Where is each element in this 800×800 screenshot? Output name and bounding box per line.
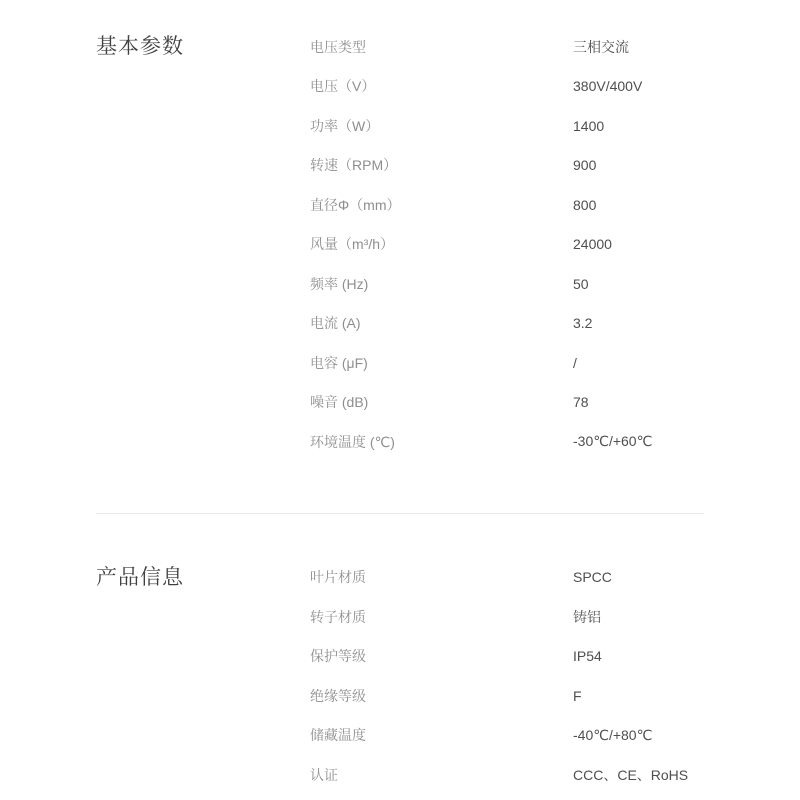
spec-rows-basic: 电压类型 三相交流 电压（V） 380V/400V 功率（W） 1400 转速（… <box>310 27 704 462</box>
spec-value: -30℃/+60℃ <box>573 433 652 450</box>
spec-value: F <box>573 688 582 704</box>
spec-row-insulation-class: 绝缘等级 F <box>310 676 704 716</box>
spec-row-noise: 噪音 (dB) 78 <box>310 383 704 423</box>
spec-value: 1400 <box>573 118 604 134</box>
section-title-product-info: 产品信息 <box>96 558 310 598</box>
spec-rows-product: 叶片材质 SPCC 转子材质 铸铝 保护等级 IP54 绝缘等级 F 储藏温度 … <box>310 558 704 795</box>
section-basic-params: 基本参数 电压类型 三相交流 电压（V） 380V/400V 功率（W） 140… <box>96 27 704 462</box>
spec-row-frequency: 频率 (Hz) 50 <box>310 264 704 304</box>
spec-value: / <box>573 355 577 371</box>
spec-label: 环境温度 (℃) <box>310 432 573 452</box>
spec-label: 噪音 (dB) <box>310 392 573 412</box>
spec-row-storage-temp: 储藏温度 -40℃/+80℃ <box>310 716 704 756</box>
spec-row-airflow: 风量（m³/h） 24000 <box>310 225 704 265</box>
spec-label: 功率（W） <box>310 116 573 136</box>
spec-row-ambient-temp: 环境温度 (℃) -30℃/+60℃ <box>310 422 704 462</box>
spec-label: 储藏温度 <box>310 725 573 745</box>
spec-row-rotor-material: 转子材质 铸铝 <box>310 597 704 637</box>
section-title-basic-params: 基本参数 <box>96 27 310 67</box>
spec-value: SPCC <box>573 569 612 585</box>
spec-value: 3.2 <box>573 315 592 331</box>
spec-value: 铸铝 <box>573 607 601 627</box>
spec-row-capacitance: 电容 (μF) / <box>310 343 704 383</box>
spec-row-blade-material: 叶片材质 SPCC <box>310 558 704 598</box>
spec-value: 900 <box>573 157 596 173</box>
spec-row-voltage: 电压（V） 380V/400V <box>310 67 704 107</box>
spec-label: 叶片材质 <box>310 567 573 587</box>
spec-value: CCC、CE、RoHS <box>573 765 688 785</box>
spec-value: -40℃/+80℃ <box>573 727 652 744</box>
spec-value: 三相交流 <box>573 37 629 57</box>
spec-label: 电容 (μF) <box>310 353 573 373</box>
spec-label: 直径Φ（mm） <box>310 195 573 215</box>
spec-row-rpm: 转速（RPM） 900 <box>310 146 704 186</box>
spec-row-certification: 认证 CCC、CE、RoHS <box>310 755 704 795</box>
spec-label: 电压（V） <box>310 76 573 96</box>
spec-value: 78 <box>573 394 589 410</box>
spec-value: 24000 <box>573 236 612 252</box>
spec-label: 保护等级 <box>310 646 573 666</box>
spec-value: 50 <box>573 276 589 292</box>
spec-row-diameter: 直径Φ（mm） 800 <box>310 185 704 225</box>
spec-label: 认证 <box>310 765 573 785</box>
spec-label: 电压类型 <box>310 37 573 57</box>
spec-row-voltage-type: 电压类型 三相交流 <box>310 27 704 67</box>
spec-label: 转速（RPM） <box>310 155 573 175</box>
spec-label: 频率 (Hz) <box>310 274 573 294</box>
section-product-info: 产品信息 叶片材质 SPCC 转子材质 铸铝 保护等级 IP54 绝缘等级 F … <box>96 558 704 795</box>
product-spec-page: 基本参数 电压类型 三相交流 电压（V） 380V/400V 功率（W） 140… <box>0 0 800 800</box>
spec-row-current: 电流 (A) 3.2 <box>310 304 704 344</box>
spec-label: 转子材质 <box>310 607 573 627</box>
spec-value: 380V/400V <box>573 78 642 94</box>
spec-label: 绝缘等级 <box>310 686 573 706</box>
spec-value: 800 <box>573 197 596 213</box>
spec-row-power: 功率（W） 1400 <box>310 106 704 146</box>
spec-row-protection-rating: 保护等级 IP54 <box>310 637 704 677</box>
section-divider <box>96 513 704 514</box>
spec-label: 风量（m³/h） <box>310 234 573 254</box>
spec-label: 电流 (A) <box>310 313 573 333</box>
spec-value: IP54 <box>573 648 602 664</box>
